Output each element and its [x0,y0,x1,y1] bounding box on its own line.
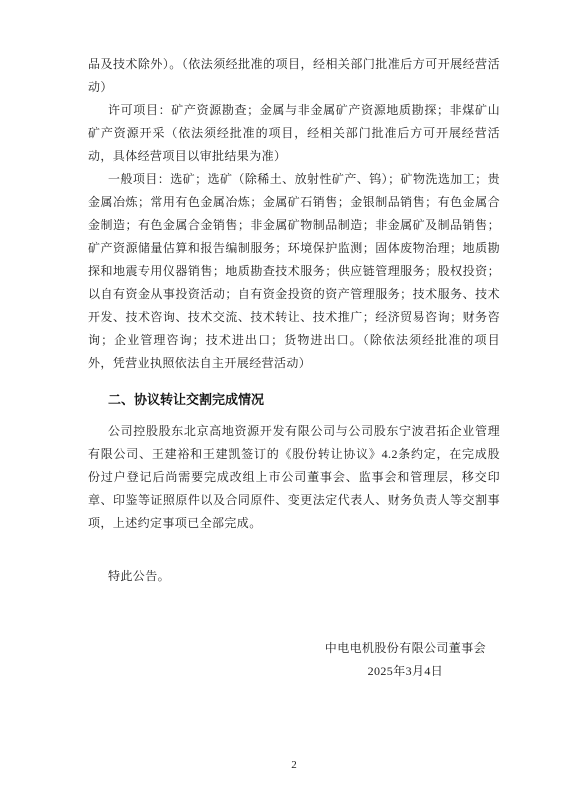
closing-statement: 特此公告。 [88,565,500,588]
paragraph-business-scope-continuation: 品及技术除外）。（依法须经批准的项目，经相关部门批准后方可开展经营活动） [88,53,500,99]
section-heading-transfer-completion: 二、协议转让交割完成情况 [88,388,500,411]
signature-company-name: 中电电机股份有限公司董事会 [325,637,486,660]
signature-date: 2025年3月4日 [325,660,486,683]
document-body: 品及技术除外）。（依法须经批准的项目，经相关部门批准后方可开展经营活动） 许可项… [88,53,500,683]
paragraph-transfer-completion: 公司控股股东北京高地资源开发有限公司与公司股东宁波君拓企业管理有限公司、王建裕和… [88,420,500,535]
paragraph-licensed-items: 许可项目：矿产资源勘查；金属与非金属矿产资源地质勘探；非煤矿山矿产资源开采（依法… [88,99,500,168]
page-number: 2 [0,758,588,772]
document-page: 品及技术除外）。（依法须经批准的项目，经相关部门批准后方可开展经营活动） 许可项… [0,0,588,800]
paragraph-general-items: 一般项目：选矿；选矿（除稀土、放射性矿产、钨）；矿物洗选加工；贵金属冶炼；常用有… [88,168,500,375]
signature-block: 中电电机股份有限公司董事会 2025年3月4日 [325,637,486,683]
